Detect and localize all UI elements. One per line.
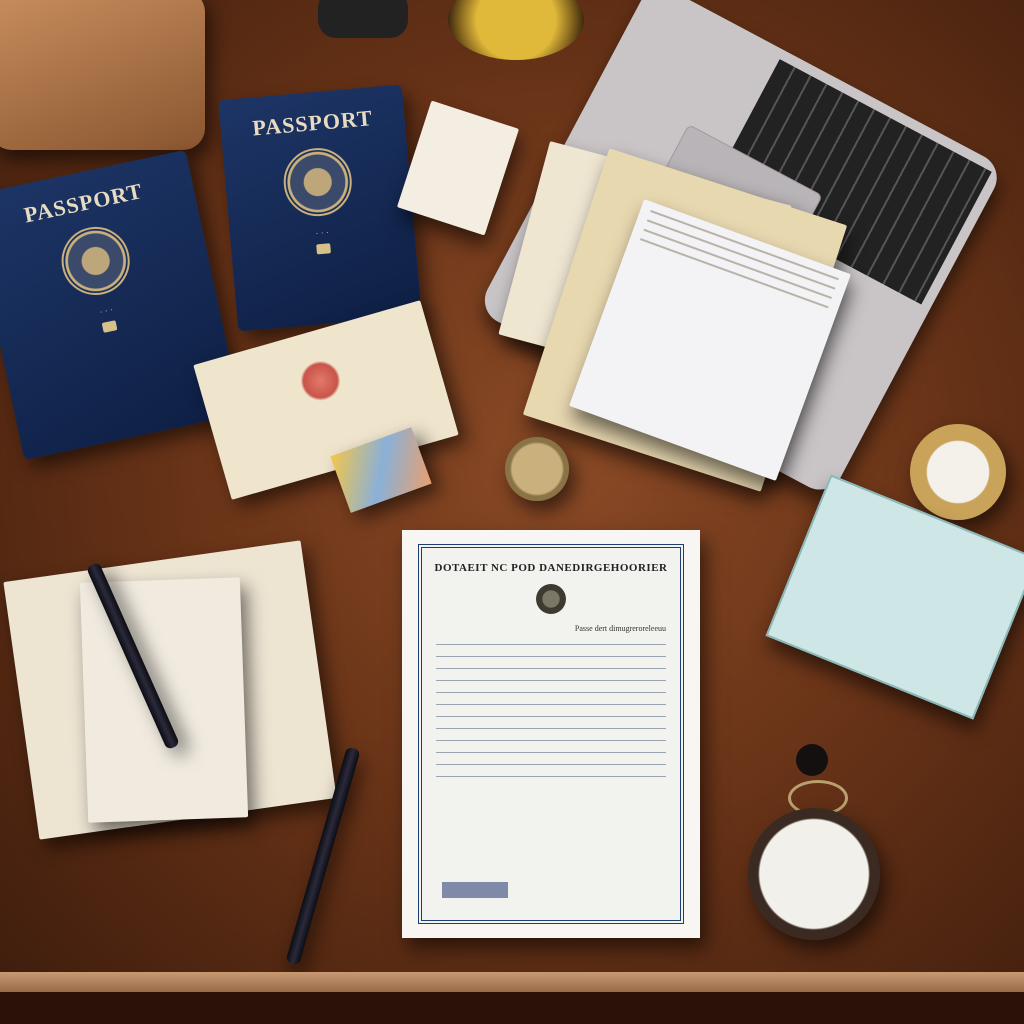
biometric-chip-icon	[102, 320, 118, 333]
stamp-icon	[296, 356, 345, 405]
desk-front	[0, 992, 1024, 1024]
certificate-heading: DOTAEIT NC POD DANEDIRGEHOORIER	[422, 562, 680, 574]
leather-bag	[0, 0, 205, 150]
pocket-watch	[748, 744, 880, 954]
ticket-front	[80, 577, 248, 822]
desk-edge	[0, 972, 1024, 992]
brass-clock	[910, 424, 1006, 520]
passport-right: PASSPORT · · ·	[218, 84, 422, 331]
biometric-chip-icon	[316, 243, 331, 254]
passport-left: PASSPORT · · ·	[0, 150, 242, 460]
clock-face-icon	[748, 808, 880, 940]
barcode-stamp	[442, 882, 508, 898]
sunglasses	[318, 0, 408, 38]
coffee-cup	[448, 0, 584, 60]
passport-title: PASSPORT	[220, 102, 406, 144]
id-card	[397, 101, 519, 236]
eagle-seal-icon	[281, 145, 355, 219]
coin	[505, 437, 569, 501]
certificate-subheading: Passe dert dimugreroreleeuu	[422, 624, 666, 633]
passport-subtext: · · ·	[230, 220, 414, 246]
certificate-document: DOTAEIT NC POD DANEDIRGEHOORIER Passe de…	[402, 530, 700, 938]
eagle-seal-icon	[55, 221, 136, 302]
certificate-frame: DOTAEIT NC POD DANEDIRGEHOORIER Passe de…	[418, 544, 684, 924]
official-seal-icon	[536, 584, 566, 614]
